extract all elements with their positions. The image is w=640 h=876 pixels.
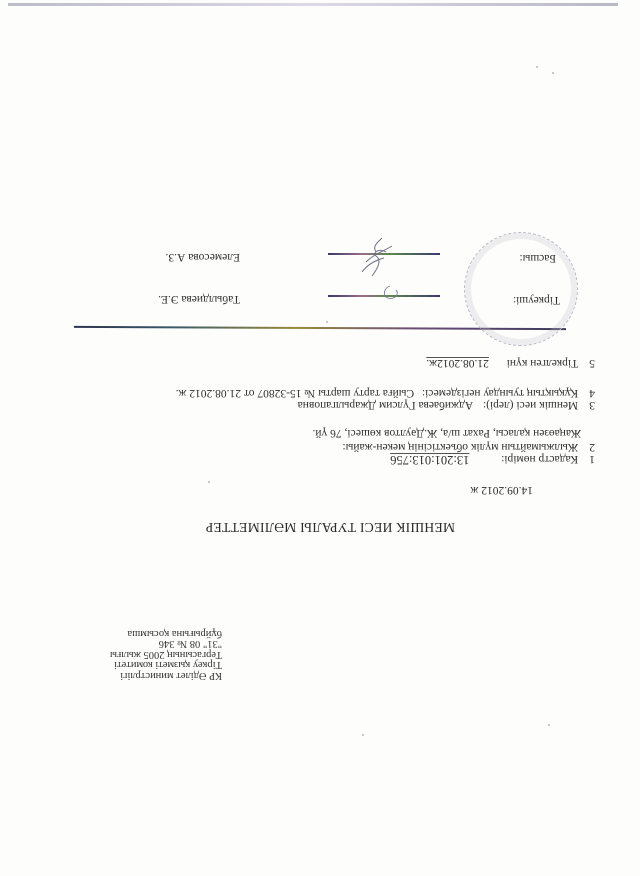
item-cadastral-number: 1 Кадастр нөмірі: 13:201:013:756 xyxy=(390,452,595,467)
item-right-basis: 4 Құқықтың туындау негіздемесі: Сыйға та… xyxy=(176,387,595,399)
header-line: Тіркеу қызметі комитеті xyxy=(110,659,222,670)
scan-edge xyxy=(8,3,618,6)
header-line: "31" 08 № 346 xyxy=(110,638,222,649)
ministry-header: КР Әділет министрлігі Тіркеу қызметі ком… xyxy=(110,628,222,681)
item-label: Құқықтың туындау негіздемесі: xyxy=(422,387,578,399)
right-basis-value: Сыйға тарту шарты № 15-32807 от 21.08.20… xyxy=(176,387,415,399)
item-address: 2 Жылжымайтын мүлік объектісінің мекен-ж… xyxy=(342,441,595,453)
document-date: 14.09.2012 ж xyxy=(470,484,533,496)
official-stamp xyxy=(464,232,578,346)
item-number: 1 xyxy=(581,453,595,465)
head-signature xyxy=(352,234,402,282)
item-label: Жылжымайтын мүлік объектісінің мекен-жай… xyxy=(342,441,578,453)
scan-speck xyxy=(208,481,210,483)
item-label: Меншік иесі (лері): xyxy=(483,399,578,411)
item-number: 5 xyxy=(581,357,595,369)
header-line: Тергасының 2005 жылғы xyxy=(110,649,222,660)
item-number: 4 xyxy=(581,387,595,399)
item-label: Тіркелген күні xyxy=(507,357,579,369)
item-label: Кадастр нөмірі: xyxy=(501,453,578,465)
scan-speck xyxy=(536,66,538,68)
owner-value: Аджибаева Гүлсим Джарылгаповна xyxy=(298,399,474,411)
cadastral-number-value: 13:201:013:756 xyxy=(390,453,469,467)
item-owner: 3 Меншік иесі (лері): Аджибаева Гүлсим Д… xyxy=(298,399,595,411)
item-number: 2 xyxy=(581,441,595,453)
head-label: Басшы: xyxy=(519,252,556,264)
header-line: бұйрығына қосымша xyxy=(110,628,222,639)
registrar-signature xyxy=(372,282,402,304)
item-registration-date: 5 Тіркелген күні 21.08.2012ж. xyxy=(426,357,595,369)
registrar-label: Тіркеуші: xyxy=(513,294,560,306)
registration-date-value: 21.08.2012ж. xyxy=(426,357,489,369)
scan-speck xyxy=(552,72,554,74)
document-title: МЕНШІК ИЕСІ ТУРАЛЫ МӘЛІМЕТТЕР xyxy=(205,519,455,535)
head-name: Елемесова А.З. xyxy=(166,251,240,263)
registrar-name: Табылдиева Э.Е. xyxy=(158,293,240,305)
scan-speck xyxy=(326,321,328,323)
scan-speck xyxy=(362,734,364,736)
document-page: КР Әділет министрлігі Тіркеу қызметі ком… xyxy=(0,0,640,876)
scan-speck xyxy=(548,724,550,726)
address-value: Жаңаөзен қаласы, Рахат ш/а, Ж.Дәултов кө… xyxy=(312,427,581,439)
header-line: КР Әділет министрлігі xyxy=(110,670,222,681)
item-number: 3 xyxy=(581,399,595,411)
